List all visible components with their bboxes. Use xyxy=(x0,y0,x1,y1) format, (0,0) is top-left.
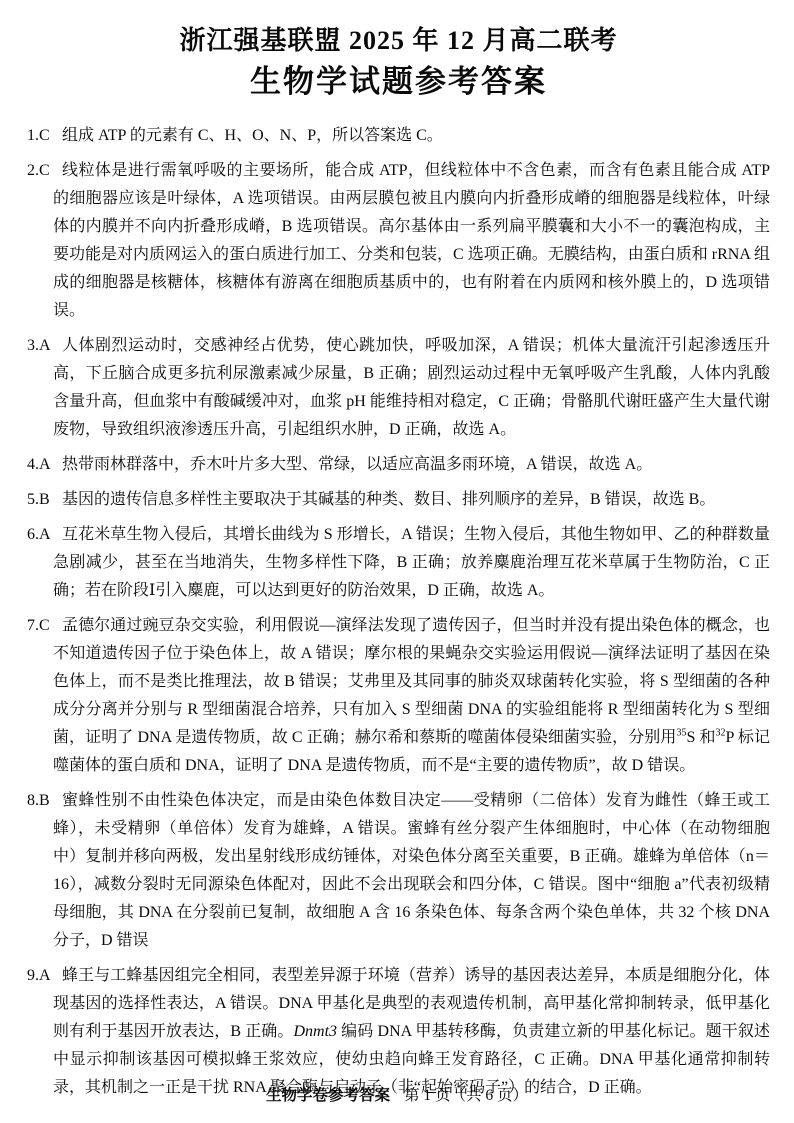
answer-item-4: 4.A热带雨林群落中，乔木叶片多大型、常绿，以适应高温多雨环境，A 错误，故选 … xyxy=(27,451,770,479)
answer-text: 热带雨林群落中，乔木叶片多大型、常绿，以适应高温多雨环境，A 错误，故选 A。 xyxy=(62,456,652,473)
answer-item-2: 2.C线粒体是进行需氧呼吸的主要场所，能合成 ATP，但线粒体中不含色素，而含有… xyxy=(27,157,770,325)
answer-key-page: 浙江强基联盟 2025 年 12 月高二联考 生物学试题参考答案 1.C组成 A… xyxy=(0,0,794,1123)
answer-item-9: 9.A蜂王与工蜂基因组完全相同，表型差异源于环境（营养）诱导的基因表达差异，本质… xyxy=(27,962,770,1102)
answer-item-8: 8.B蜜蜂性别不由性染色体决定，而是由染色体数目决定——受精卵（二倍体）发育为雌… xyxy=(27,787,770,955)
answer-number: 9.A xyxy=(27,962,51,990)
answer-number: 2.C xyxy=(27,157,50,185)
answer-number: 3.A xyxy=(27,332,51,360)
answer-text: 蜜蜂性别不由性染色体决定，而是由染色体数目决定——受精卵（二倍体）发育为雌性（蜂… xyxy=(53,792,770,949)
gene-name-italic: Dnmt3 xyxy=(293,1023,337,1040)
answer-item-3: 3.A人体剧烈运动时，交感神经占优势，使心跳加快，呼吸加深，A 错误；机体大量流… xyxy=(27,332,770,444)
answer-number: 6.A xyxy=(27,521,51,549)
answer-text: 基因的遗传信息多样性主要取决于其碱基的种类、数目、排列顺序的差异，B 错误，故选… xyxy=(62,491,715,508)
answer-number: 4.A xyxy=(27,451,51,479)
answer-item-6: 6.A互花米草生物入侵后，其增长曲线为 S 形增长，A 错误；生物入侵后，其他生… xyxy=(27,521,770,605)
exam-title: 浙江强基联盟 2025 年 12 月高二联考 xyxy=(27,24,770,58)
answer-text-segment: S 和 xyxy=(686,729,715,746)
answer-text: 孟德尔通过豌豆杂交实验，利用假说—演绎法发现了遗传因子，但当时并没有提出染色体的… xyxy=(53,617,770,774)
answer-text: 组成 ATP 的元素有 C、H、O、N、P，所以答案选 C。 xyxy=(62,127,443,144)
answer-text-segment: 孟德尔通过豌豆杂交实验，利用假说—演绎法发现了遗传因子，但当时并没有提出染色体的… xyxy=(53,617,770,746)
answer-number: 1.C xyxy=(27,122,50,150)
isotope-35-superscript: 35 xyxy=(676,728,686,739)
isotope-32-superscript: 32 xyxy=(716,728,726,739)
footer-page-number: 第 1 页（共 6 页） xyxy=(404,1087,528,1104)
answer-text: 互花米草生物入侵后，其增长曲线为 S 形增长，A 错误；生物入侵后，其他生物如甲… xyxy=(53,526,770,599)
page-footer: 生物学卷参考答案第 1 页（共 6 页） xyxy=(0,1085,794,1107)
subject-answer-title: 生物学试题参考答案 xyxy=(27,62,770,102)
answer-text: 蜂王与工蜂基因组完全相同，表型差异源于环境（营养）诱导的基因表达差异，本质是细胞… xyxy=(53,967,770,1096)
answer-item-5: 5.B基因的遗传信息多样性主要取决于其碱基的种类、数目、排列顺序的差异，B 错误… xyxy=(27,486,770,514)
answer-item-1: 1.C组成 ATP 的元素有 C、H、O、N、P，所以答案选 C。 xyxy=(27,122,770,150)
answer-text: 线粒体是进行需氧呼吸的主要场所，能合成 ATP，但线粒体中不含色素，而含有色素且… xyxy=(53,162,770,319)
answer-item-7: 7.C孟德尔通过豌豆杂交实验，利用假说—演绎法发现了遗传因子，但当时并没有提出染… xyxy=(27,612,770,780)
answer-number: 7.C xyxy=(27,612,50,640)
answer-number: 8.B xyxy=(27,787,50,815)
answers-list: 1.C组成 ATP 的元素有 C、H、O、N、P，所以答案选 C。 2.C线粒体… xyxy=(27,122,770,1102)
answer-text: 人体剧烈运动时，交感神经占优势，使心跳加快，呼吸加深，A 错误；机体大量流汗引起… xyxy=(53,337,770,438)
footer-document-label: 生物学卷参考答案 xyxy=(266,1087,390,1104)
answer-number: 5.B xyxy=(27,486,50,514)
